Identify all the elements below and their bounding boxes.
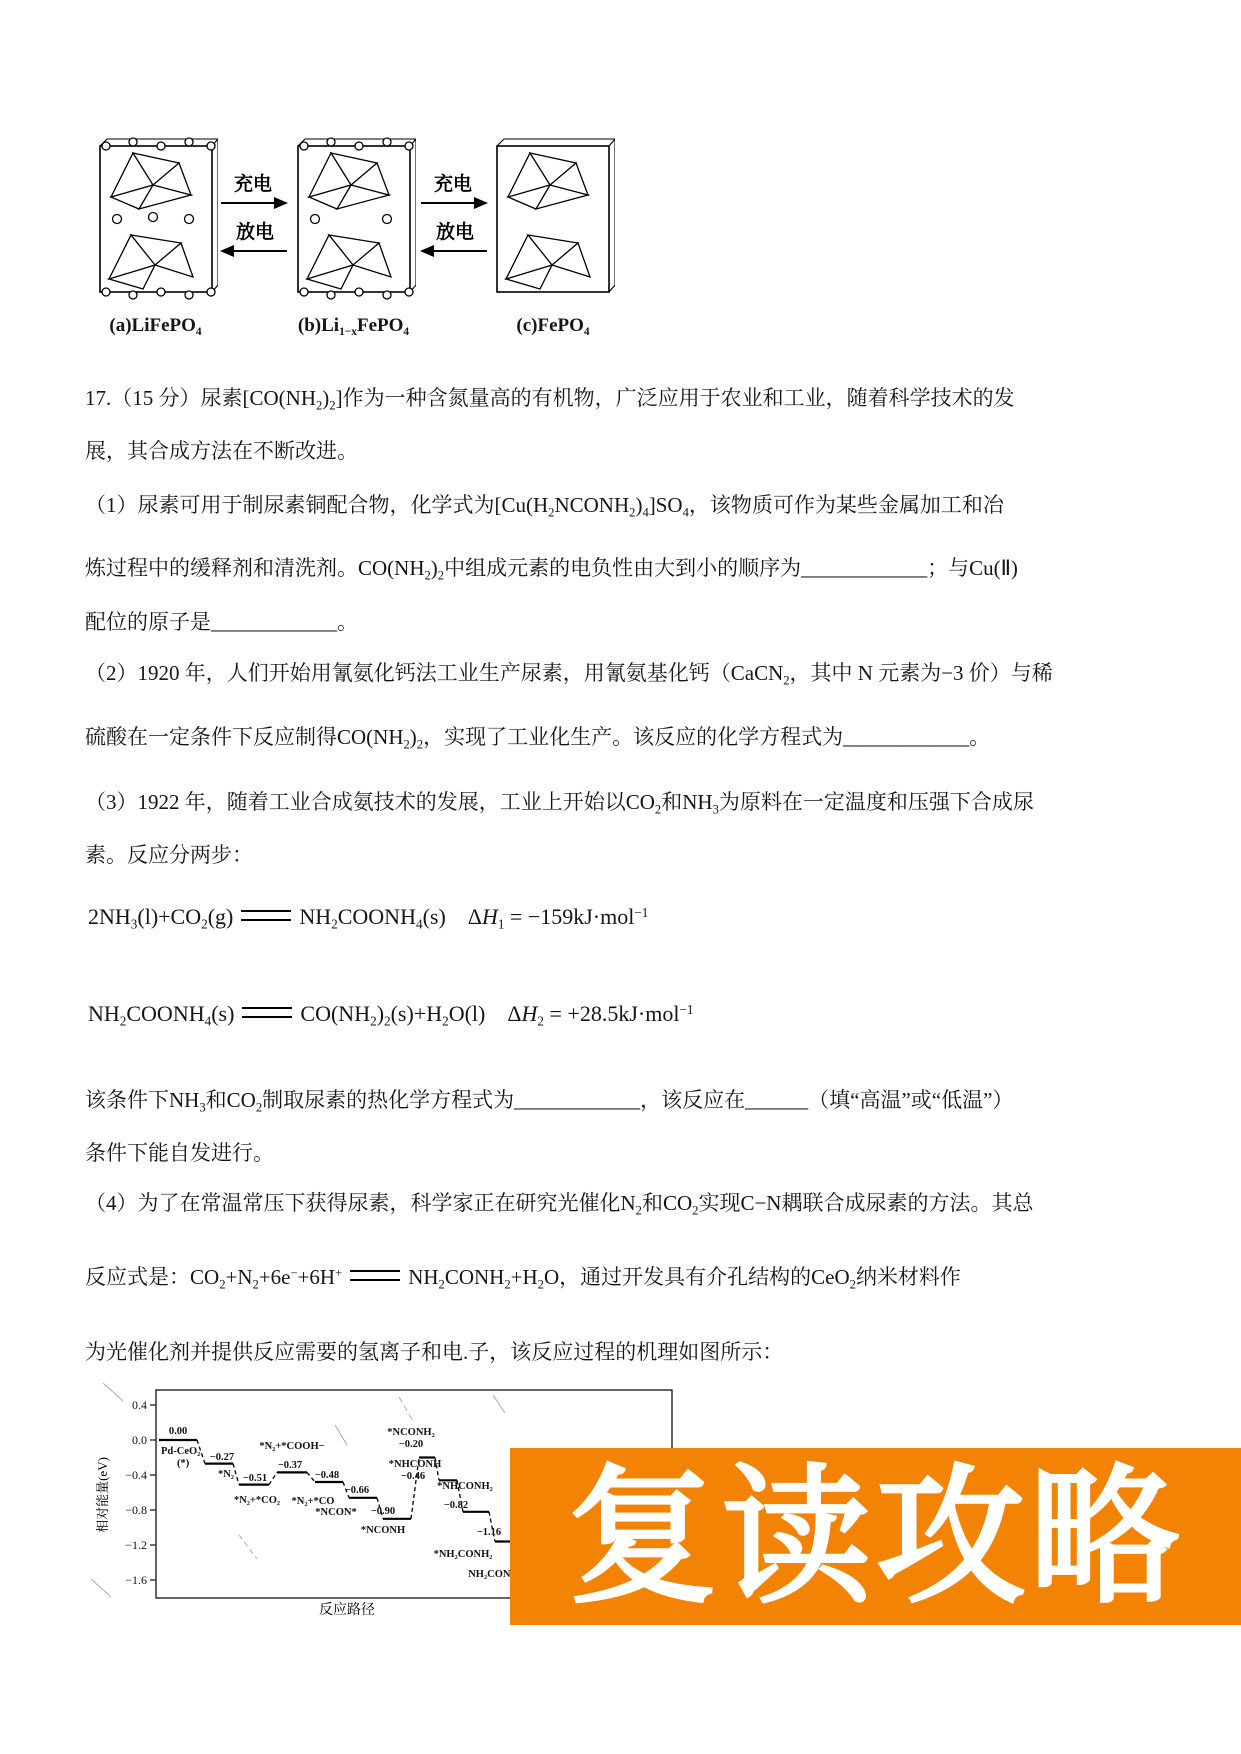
chart-annotation: *NHCONH xyxy=(389,1459,442,1470)
thermochemical-equation-2: NH2COONH4(s)CO(NH2)2(s)+H2O(l) ΔH2 = +28… xyxy=(88,997,693,1030)
exam-page: 充电 放电 充电 xyxy=(0,0,1241,1754)
crystal-label-a: (a)LiFePO4 xyxy=(93,315,218,338)
crystal-structure-a-drawing xyxy=(93,133,218,305)
y-tick-label: −0.8 xyxy=(125,1503,147,1517)
question-line-10: 该条件下NH3和CO2制取尿素的热化学方程式为____________，该反应在… xyxy=(85,1085,1013,1117)
y-axis-ticks xyxy=(150,1405,156,1580)
chart-annotation: −0.20 xyxy=(399,1439,423,1450)
question-line-9: 素。反应分两步： xyxy=(85,840,253,870)
chart-annotation: (*) xyxy=(177,1458,190,1469)
chart-annotation: −0.37 xyxy=(278,1460,302,1471)
chart-annotation: −0.48 xyxy=(315,1470,339,1481)
discharge-label: 放电 xyxy=(436,220,474,243)
chart-annotation: −0.46 xyxy=(401,1471,425,1482)
discharge-label: 放电 xyxy=(236,220,274,243)
question-line-13: 反应式是：CO2+N2+6e−+6H+NH2CONH2+H2O，通过开发具有介孔… xyxy=(85,1262,961,1294)
chart-annotation: Pd-CeO₂ xyxy=(161,1446,200,1457)
question-line-6: （2）1920 年，人们开始用氰氨化钙法工业生产尿素，用氰氨基化钙（CaCN2，… xyxy=(85,658,1053,690)
chart-annotation: −1.16 xyxy=(477,1527,501,1538)
chart-annotation: 0.00 xyxy=(169,1426,187,1437)
right-arrow-icon xyxy=(221,197,288,209)
watermark-text: 复读攻略 xyxy=(567,1462,1183,1612)
chart-annotation: −0.82 xyxy=(444,1500,468,1511)
x-axis-title: 反应路径 xyxy=(319,1602,375,1618)
question-line-7: 硫酸在一定条件下反应制得CO(NH2)2，实现了工业化生产。该反应的化学方程式为… xyxy=(85,722,990,754)
chart-annotation: −0.51 xyxy=(243,1473,267,1484)
left-arrow-icon xyxy=(420,245,487,257)
question-line-5: 配位的原子是____________。 xyxy=(85,607,358,637)
right-arrow-icon xyxy=(421,197,488,209)
question-line-3: （1）尿素可用于制尿素铜配合物，化学式为[Cu(H2NCONH2)4]SO4，该… xyxy=(85,490,1004,522)
crystal-structure-b-drawing xyxy=(291,133,416,305)
chart-annotation: *NCONH xyxy=(361,1525,405,1536)
chart-annotation: *N₂+*CO xyxy=(292,1496,335,1507)
crystal-structure-b xyxy=(291,133,416,310)
question-line-4: 炼过程中的缓释剂和清洗剂。CO(NH2)2中组成元素的电负性由大到小的顺序为__… xyxy=(85,553,1018,585)
y-tick-label: −1.6 xyxy=(125,1573,147,1587)
charge-label: 充电 xyxy=(234,172,272,195)
crystal-label-c: (c)FePO4 xyxy=(488,315,618,338)
question-line-11: 条件下能自发进行。 xyxy=(85,1138,274,1168)
crystal-structure-c xyxy=(490,133,615,310)
chart-annotation: *NHCONH₂ xyxy=(437,1481,493,1492)
chart-annotation: *N₂+*CO₂ xyxy=(234,1495,280,1506)
left-arrow-icon xyxy=(220,245,287,257)
crystal-structure-a xyxy=(93,133,218,310)
thermochemical-equation-1: 2NH3(l)+CO2(g)NH2COONH4(s) ΔH1 = −159kJ·… xyxy=(88,900,648,933)
y-tick-label: 0.4 xyxy=(132,1398,147,1412)
question-line-1: 17.（15 分）尿素[CO(NH2)2]作为一种含氮量高的有机物，广泛应用于农… xyxy=(85,383,1015,415)
charge-discharge-arrows-2: 充电 放电 xyxy=(418,172,490,273)
question-line-8: （3）1922 年，随着工业合成氨技术的发展，工业上开始以CO2和NH3为原料在… xyxy=(85,787,1034,819)
y-tick-label: −0.4 xyxy=(125,1468,147,1482)
chart-annotation: −0.27 xyxy=(210,1452,234,1463)
watermark-banner: 复读攻略 xyxy=(510,1448,1241,1625)
chart-annotation: *N₂ xyxy=(218,1469,234,1480)
charge-discharge-arrows-1: 充电 放电 xyxy=(218,172,290,273)
y-tick-label: 0.0 xyxy=(132,1433,147,1447)
chart-annotation: *NH₂CONH₂ xyxy=(434,1549,493,1560)
charge-label: 充电 xyxy=(434,172,472,195)
y-axis-title: 相对能量(eV) xyxy=(95,1457,110,1533)
question-line-14: 为光催化剂并提供反应需要的氢离子和电.子，该反应过程的机理如图所示： xyxy=(85,1337,783,1367)
y-tick-label: −1.2 xyxy=(125,1538,147,1552)
chart-annotation: *NCON* xyxy=(315,1507,356,1518)
chart-annotation: *N₂+*COOH− xyxy=(259,1441,324,1452)
question-line-2: 展，其合成方法在不断改进。 xyxy=(85,436,358,466)
question-line-12: （4）为了在常温常压下获得尿素，科学家正在研究光催化N2和CO2实现C−N耦联合… xyxy=(85,1188,1033,1220)
chart-annotation: −0.90 xyxy=(371,1506,395,1517)
chart-annotation: −0.66 xyxy=(345,1485,369,1496)
crystal-structure-c-drawing xyxy=(490,133,615,305)
crystal-label-b: (b)Li1−xFePO4 xyxy=(281,315,426,338)
chart-annotation: *NCONH₂ xyxy=(387,1427,434,1438)
